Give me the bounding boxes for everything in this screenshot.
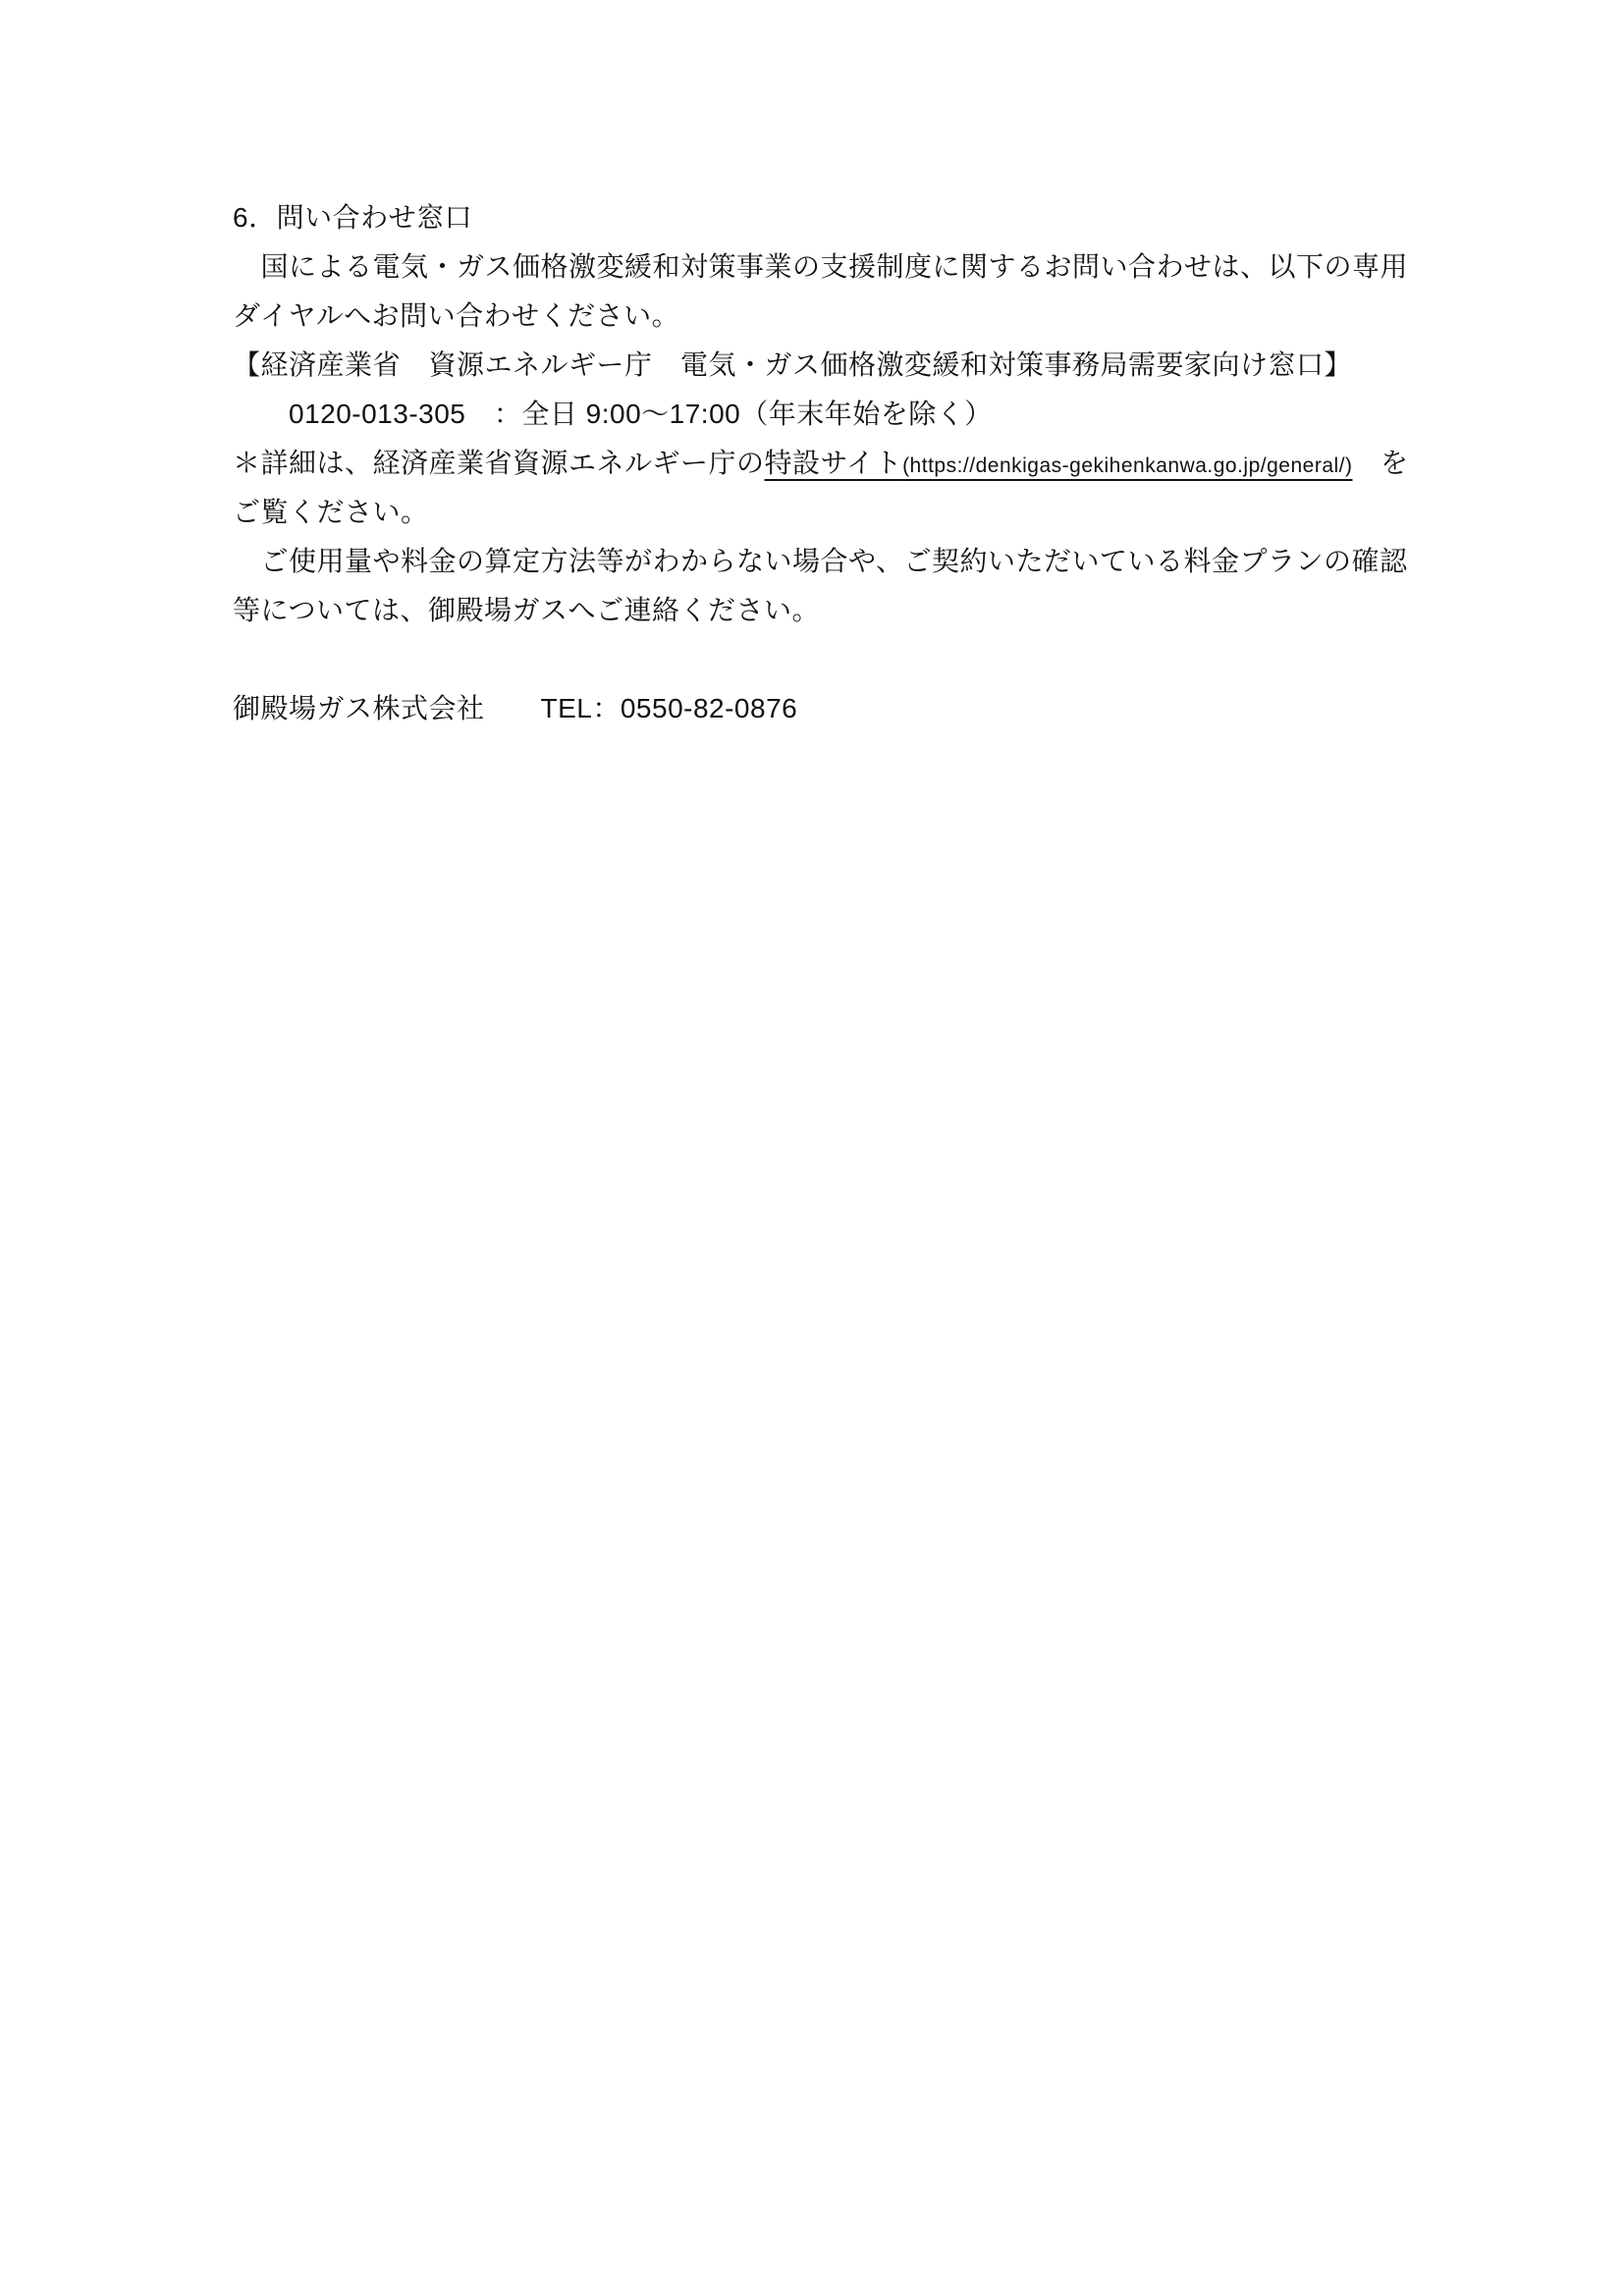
detail-note-line: ＊詳細は、経済産業省資源エネルギー庁の特設サイト(https://denkiga…	[233, 439, 1421, 488]
document-page: 6．問い合わせ窓口 国による電気・ガス価格激変緩和対策事業の支援制度に関するお問…	[0, 0, 1624, 2296]
phone-number-line: 0120-013-305 ：全日 9:00～17:00（年末年始を除く）	[233, 390, 1421, 439]
paragraph2-line2: 等については、御殿場ガスへご連絡ください。	[233, 586, 1421, 635]
detail-note-prefix: ＊詳細は、経済産業省資源エネルギー庁の	[233, 448, 765, 478]
document-body: 6．問い合わせ窓口 国による電気・ガス価格激変緩和対策事業の支援制度に関するお問…	[233, 193, 1421, 733]
blank-line	[233, 635, 1421, 684]
detail-note-line2: ご覧ください。	[233, 488, 1421, 537]
paragraph1-line1: 国による電気・ガス価格激変緩和対策事業の支援制度に関するお問い合わせは、以下の専…	[233, 242, 1421, 292]
paragraph1-line2: ダイヤルへお問い合わせください。	[233, 292, 1421, 341]
detail-note-suffix: を	[1353, 448, 1409, 478]
special-site-link[interactable]: 特設サイト(https://denkigas-gekihenkanwa.go.j…	[765, 448, 1353, 478]
paragraph2-line1: ご使用量や料金の算定方法等がわからない場合や、ご契約いただいている料金プランの確…	[233, 537, 1421, 586]
section-heading: 6．問い合わせ窓口	[233, 193, 1421, 242]
special-site-link-label[interactable]: 特設サイト	[765, 448, 903, 478]
company-contact-line: 御殿場ガス株式会社 TEL：0550-82-0876	[233, 684, 1421, 733]
contact-office-line: 【経済産業省 資源エネルギー庁 電気・ガス価格激変緩和対策事務局需要家向け窓口】	[233, 341, 1421, 390]
special-site-link-url[interactable]: (https://denkigas-gekihenkanwa.go.jp/gen…	[902, 454, 1352, 477]
